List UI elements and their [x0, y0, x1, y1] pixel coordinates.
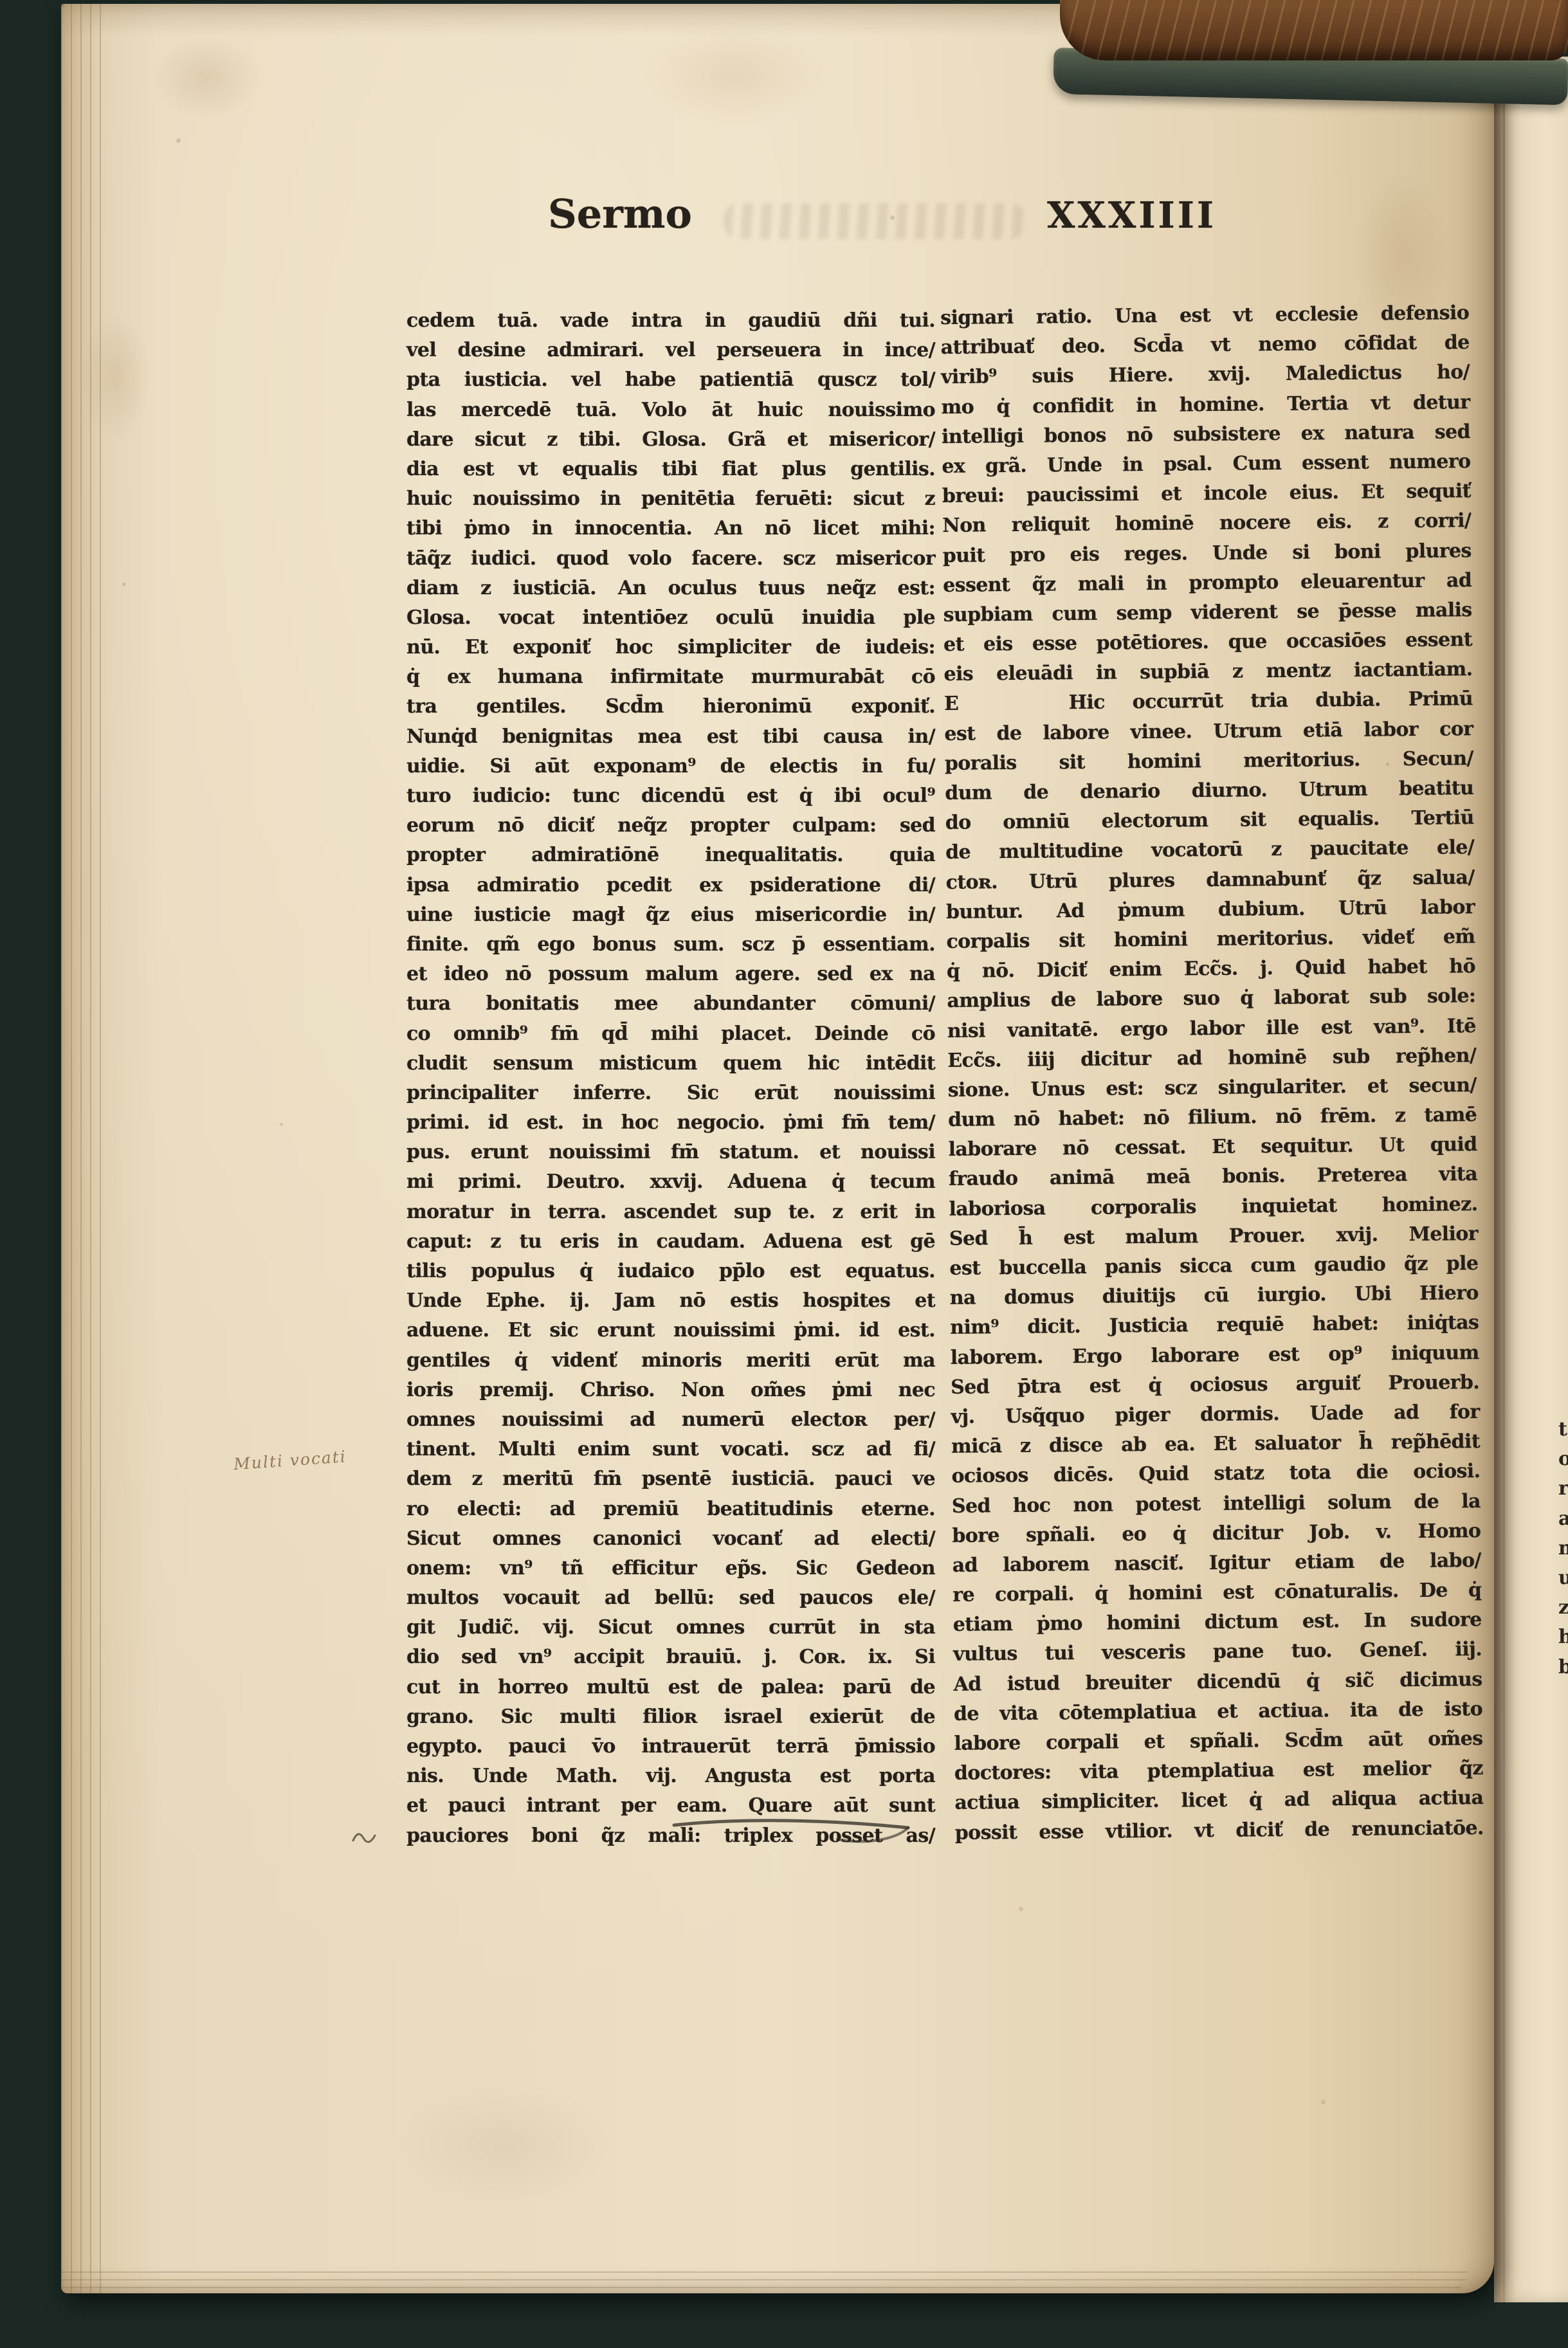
text-line: ro electi: ad premiū beatitudinis eterne…: [406, 1495, 935, 1524]
text-line: do omniū electorum sit equalis. Tertiū: [945, 803, 1474, 838]
text-line: Sed hoc non potest intelligi solum de la: [952, 1487, 1481, 1522]
text-line: cut in horreo multū est de palea: parū d…: [406, 1673, 935, 1702]
text-line: Ad istud breuiter dicendū q̇ sic̃ dicimu…: [953, 1665, 1482, 1700]
text-line: est de labore vinee. Utrum etiā labor co…: [944, 714, 1473, 749]
text-line: tura bonitatis mee abundanter cōmuni/: [406, 989, 935, 1019]
text-line: eis eleuādi in supbiā z mentz iactantiam…: [944, 655, 1472, 689]
text-line: nisi vanitatē. ergo labor ille est van⁹.…: [947, 1012, 1476, 1046]
text-line: egypto. pauci v̄o intrauerūt terrā p̄mis…: [406, 1732, 935, 1761]
text-line: E Hic occurrūt tria dubia. Primū: [944, 685, 1473, 720]
text-line: pus. erunt nouissimi fm̄ statum. et noui…: [406, 1138, 935, 1167]
text-line: Sed h̄ est malum Prouer. xvij. Melior: [949, 1219, 1478, 1254]
text-line: virib⁹ suis Hiere. xvij. Maledictus ho/: [941, 358, 1470, 392]
text-line: et ideo nō possum malum agere. sed ex na: [406, 960, 935, 989]
text-line: cludit sensum misticum quem hic intēdit: [406, 1049, 935, 1078]
text-line: corpalis sit homini meritorius. videť em…: [946, 922, 1475, 957]
marginal-annotation: Multi vocati: [233, 1444, 388, 1474]
text-line: caput: z tu eris in caudam. Aduena est g…: [406, 1227, 935, 1257]
next-page-edge: toramuzhb: [1494, 57, 1568, 2302]
text-line: bore spñali. eo q̇ dicitur Job. v. Homo: [952, 1516, 1481, 1551]
cut-off-letter: z: [1558, 1593, 1568, 1623]
text-line: onem: vn⁹ tñ efficitur ep̃s. Sic Gedeon: [406, 1554, 935, 1583]
text-line: etiam ṗmo homini dictum est. In sudore: [953, 1605, 1482, 1640]
text-column-right: signari ratio. Una est vt ecclesie defen…: [940, 298, 1484, 1848]
text-line: vj. Usq̃quo piger dormis. Uade ad for: [951, 1397, 1479, 1432]
stain: [396, 2081, 614, 2210]
text-line: uine iusticie magł q̃z eius misericordie…: [406, 900, 935, 930]
text-line: Non reliquit hominē nocere eis. z corri/: [942, 506, 1471, 541]
text-line: nis. Unde Math. vij. Angusta est porta: [406, 1761, 935, 1791]
cut-off-letter: m: [1558, 1534, 1568, 1563]
running-title: Sermo: [548, 190, 741, 237]
text-line: Ecc̃s. iiij dicitur ad hominē sub rep̃he…: [947, 1041, 1476, 1076]
text-line: grano. Sic multi filioʀ israel exierūt d…: [406, 1702, 935, 1732]
text-line: et eis esse potētiores. que occasiōes es…: [944, 625, 1472, 660]
text-line: dum nō habet: nō filium. nō frēm. z tamē: [948, 1100, 1477, 1135]
text-line: primi. id est. in hoc negocio. ṗmi fm̄ t…: [406, 1108, 935, 1138]
text-line: possit esse vtilior. vt diciť de renunci…: [955, 1814, 1484, 1848]
cut-off-text-column: toramuzhb: [1558, 1415, 1568, 1682]
text-line: tra gentiles. Scd̄m hieronimū exponiť.: [406, 692, 935, 722]
text-line: tāq̃z iudici. quod volo facere. scz mise…: [406, 544, 935, 574]
text-line: fraudo animā meā bonis. Preterea vita: [949, 1160, 1477, 1194]
text-line: dia est vt equalis tibi fiat plus gentil…: [406, 455, 935, 484]
text-line: de vita cōtemplatiua et actiua. ita de i…: [954, 1695, 1482, 1729]
text-line: Sed p̄tra est q̇ ociosus arguiť Prouerb.: [951, 1368, 1479, 1403]
text-line: de multitudine vocatorū z paucitate ele/: [945, 833, 1474, 868]
text-line: cedem tuā. vade intra in gaudiū dñi tui.: [406, 306, 935, 336]
cut-off-letter: h: [1558, 1623, 1568, 1652]
text-line: tibi ṗmo in innocentia. An nō licet mihi…: [406, 514, 935, 543]
text-line: aduene. Et sic erunt nouissimi ṗmi. id e…: [406, 1316, 935, 1345]
cut-off-letter: u: [1558, 1563, 1568, 1593]
text-line: actiua simpliciter. licet q̇ ad aliqua a…: [954, 1783, 1483, 1818]
text-line: huic nouissimo in penitētia feruēti: sic…: [406, 484, 935, 514]
text-line: nū. Et exponiť hoc simpliciter de iudeis…: [406, 633, 935, 662]
text-line: doctores: vita ptemplatiua est melior q̃…: [954, 1754, 1483, 1788]
book-page: Sermo XXXIIII cedem tuā. vade intra in g…: [61, 4, 1494, 2293]
text-line: nim⁹ dicit. Justicia requiē habet: iniq̇…: [950, 1308, 1479, 1343]
text-line: micā z disce ab ea. Et saluator h̄ rep̃h…: [951, 1427, 1480, 1462]
pen-squiggle-mark: [351, 1825, 379, 1847]
text-line: multos vocauit ad bellū: sed paucos ele/: [406, 1583, 935, 1613]
cut-off-letter: o: [1558, 1444, 1568, 1474]
text-line: turo iudicio: tunc dicendū est q̇ ibi oc…: [406, 781, 935, 811]
text-line: dum de denario diurno. Utrum beatitu: [945, 774, 1473, 808]
pen-underline-mark: [669, 1812, 926, 1851]
book-cover-leather: [1060, 0, 1568, 60]
text-line: laborare nō cessat. Et sequitur. Ut quid: [948, 1130, 1477, 1165]
text-line: omnes nouissimi ad numerū electoʀ per/: [406, 1405, 935, 1435]
cut-off-letter: t: [1558, 1415, 1568, 1444]
cut-off-letter: r: [1558, 1474, 1568, 1504]
text-line: buntur. Ad ṗmum dubium. Utrū labor: [946, 893, 1475, 927]
text-line: tilis populus q̇ iudaico pp̄lo est equat…: [406, 1257, 935, 1286]
text-line: ipsa admiratio pcedit ex psideratione di…: [406, 871, 935, 900]
text-line: dem z meritū fm̄ psentē iusticiā. pauci …: [406, 1464, 935, 1494]
text-line: breui: paucissimi et incole eius. Et seq…: [942, 477, 1471, 511]
text-line: Unde Ephe. ij. Jam nō estis hospites et: [406, 1286, 935, 1316]
text-line: vel desine admirari. vel perseuera in in…: [406, 336, 935, 365]
text-line: ad laborem nasciť. Igitur etiam de labo/: [953, 1546, 1481, 1581]
text-line: supbiam cum semp viderent se p̄esse mali…: [943, 596, 1472, 630]
text-column-left: cedem tuā. vade intra in gaudiū dñi tui.…: [406, 306, 935, 1851]
text-line: mo q̇ confidit in homine. Tertia vt detu…: [941, 388, 1470, 423]
cut-off-letter: b: [1558, 1653, 1568, 1682]
text-line: ociosos dicēs. Quid statz tota die ocios…: [951, 1457, 1480, 1491]
text-line: principaliter inferre. Sic erūt nouissim…: [406, 1078, 935, 1108]
text-line: pta iusticia. vel habe patientiā quscz t…: [406, 365, 935, 395]
text-line: diam z iusticiā. An oculus tuus neq̃z es…: [406, 574, 935, 603]
text-line: attribuať deo. Scd̄a vt nemo cōfidat de: [940, 328, 1469, 363]
text-line: uidie. Si aūt exponam⁹ de electis in fu/: [406, 752, 935, 781]
text-line: dio sed vn⁹ accipit brauiū. j. Coʀ. ix. …: [406, 1643, 935, 1672]
text-line: essent q̃z mali in prompto eleuarentur a…: [943, 566, 1472, 601]
cut-off-letter: a: [1558, 1504, 1568, 1534]
text-line: tinent. Multi enim sunt vocati. scz ad f…: [406, 1435, 935, 1464]
page-stack-left-edge: [61, 4, 104, 2293]
text-line: intelligi bonos nō subsistere ex natura …: [942, 417, 1470, 452]
page-stack-bottom-edge: [61, 2271, 1468, 2293]
text-line: ex grã. Unde in psal. Cum essent numero: [942, 447, 1470, 482]
scan-background: toramuzhb Sermo XXXIIII cedem tuā. vade …: [0, 0, 1568, 2348]
text-line: ioris premij. Chriso. Non om̃es ṗmi nec: [406, 1376, 935, 1405]
text-line: co omnib⁹ fm̄ qd̄ mihi placet. Deinde cō: [406, 1019, 935, 1049]
text-line: git Judic̃. vij. Sicut omnes currūt in s…: [406, 1613, 935, 1643]
foxing-spots: [61, 4, 64, 7]
text-line: vultus tui vesceris pane tuo. Geneſ. iij…: [953, 1635, 1482, 1670]
ink-showthrough: [724, 203, 1026, 239]
text-line: eorum nō diciť neq̃z propter culpam: sed: [406, 811, 935, 841]
text-line: mi primi. Deutro. xxvij. Aduena q̇ tecum: [406, 1167, 935, 1197]
text-line: finite. qm̃ ego bonus sum. scz p̄ essent…: [406, 930, 935, 960]
page-crease-line: [1503, 57, 1505, 2302]
text-line: gentiles q̇ videnť minoris meriti erūt m…: [406, 1346, 935, 1376]
text-line: laboriosa corporalis inquietat hominez.: [949, 1190, 1477, 1224]
text-line: poralis sit homini meritorius. Secun/: [945, 744, 1473, 779]
text-line: labore corpali et spñali. Scd̄m aūt om̃e…: [954, 1724, 1482, 1759]
text-line: moratur in terra. ascendet sup te. z eri…: [406, 1197, 935, 1227]
text-line: puit pro eis reges. Unde si boni plures: [943, 536, 1472, 571]
text-line: est buccella panis sicca cum gaudio q̃z …: [949, 1249, 1478, 1284]
stain: [640, 23, 833, 126]
text-line: re corpali. q̇ homini est cōnaturalis. D…: [953, 1576, 1481, 1610]
text-line: amplius de labore suo q̇ laborat sub sol…: [947, 981, 1475, 1016]
text-line: propter admiratiōnē inequalitatis. quia: [406, 841, 935, 870]
text-line: q̇ ex humana infirmitate murmurabāt cō: [406, 662, 935, 692]
text-line: na domus diuitijs cū iurgio. Ubi Hiero: [950, 1279, 1479, 1313]
text-line: Glosa. vocat intentiōez oculū inuidia pl…: [406, 603, 935, 633]
text-line: Sicut omnes canonici vocanť ad electi/: [406, 1524, 935, 1554]
text-line: signari ratio. Una est vt ecclesie defen…: [940, 298, 1469, 333]
stain: [151, 36, 260, 120]
text-line: q̇ nō. Diciť enim Ecc̃s. j. Quid habet h…: [947, 952, 1475, 987]
text-line: dare sicut z tibi. Glosa. Grã et miseric…: [406, 425, 935, 455]
folio-number: XXXIIII: [1047, 194, 1317, 237]
text-line: Nunq̇d benignitas mea est tibi causa in/: [406, 722, 935, 752]
text-line: sione. Unus est: scz singulariter. et se…: [948, 1071, 1477, 1106]
text-line: las mercedē tuā. Volo āt huic nouissimo: [406, 396, 935, 425]
text-line: ctoʀ. Utrū plures damnabunť q̃z salua/: [945, 863, 1474, 898]
text-line: laborem. Ergo laborare est op⁹ iniquum: [951, 1338, 1479, 1373]
